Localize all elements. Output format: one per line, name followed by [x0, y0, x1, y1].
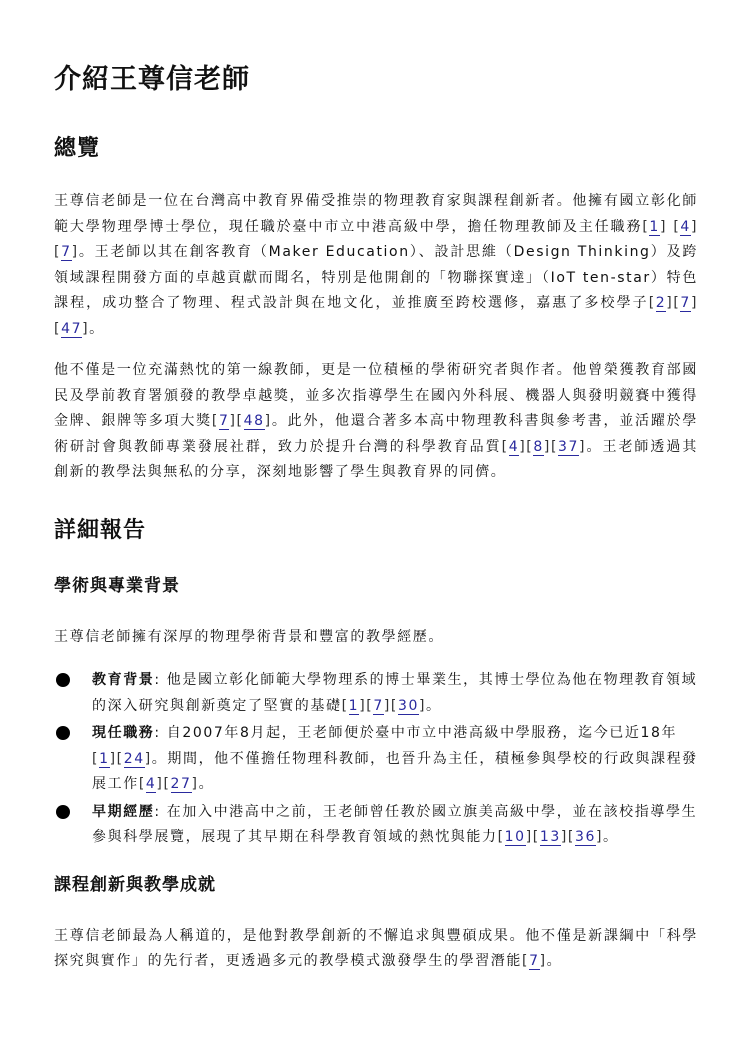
- citation-link[interactable]: 1: [349, 698, 360, 715]
- citation-link[interactable]: 8: [533, 439, 544, 456]
- list-item-current-position: 現任職務: 自2007年8月起，王老師便於臺中市立中港高級中學服務，迄今已近18…: [54, 721, 698, 798]
- citation-link[interactable]: 7: [219, 413, 230, 430]
- citation-link[interactable]: 24: [124, 751, 145, 768]
- citation-link[interactable]: 7: [61, 244, 72, 261]
- list-item-text: : 在加入中港高中之前，王老師曾任教於國立旗美高級中學，並在該校指導學生參與科學…: [92, 804, 697, 847]
- background-heading: 學術與專業背景: [54, 574, 698, 598]
- citation-link[interactable]: 27: [171, 776, 192, 793]
- citation-link[interactable]: 13: [540, 829, 561, 846]
- citation-link[interactable]: 2: [656, 295, 667, 312]
- citation-link[interactable]: 10: [505, 829, 526, 846]
- overview-paragraph-2: 他不僅是一位充滿熱忱的第一線教師，更是一位積極的學術研究者與作者。他曾榮獲教育部…: [54, 358, 698, 486]
- citation-link[interactable]: 7: [529, 953, 540, 970]
- background-intro: 王尊信老師擁有深厚的物理學術背景和豐富的教學經歷。: [54, 625, 698, 651]
- citation-link[interactable]: 4: [680, 219, 691, 236]
- list-item-label: 教育背景: [92, 672, 154, 688]
- innovation-paragraph: 王尊信老師最為人稱道的，是他對教學創新的不懈追求與豐碩成果。他不僅是新課綱中「科…: [54, 924, 698, 975]
- citation-link[interactable]: 36: [575, 829, 596, 846]
- citation-link[interactable]: 1: [649, 219, 660, 236]
- list-item-early-experience: 早期經歷: 在加入中港高中之前，王老師曾任教於國立旗美高級中學，並在該校指導學生…: [54, 800, 698, 851]
- list-item-education: 教育背景: 他是國立彰化師範大學物理系的博士畢業生，其博士學位為他在物理教育領域…: [54, 668, 698, 719]
- overview-heading: 總覽: [54, 134, 698, 164]
- list-item-label: 現任職務: [92, 725, 154, 741]
- background-list: 教育背景: 他是國立彰化師範大學物理系的博士畢業生，其博士學位為他在物理教育領域…: [54, 668, 698, 851]
- innovation-heading: 課程創新與教學成就: [54, 873, 698, 897]
- citation-link[interactable]: 1: [99, 751, 110, 768]
- citation-link[interactable]: 48: [244, 413, 265, 430]
- citation-link[interactable]: 7: [373, 698, 384, 715]
- citation-link[interactable]: 30: [398, 698, 419, 715]
- bullet-icon: [56, 805, 70, 819]
- overview-paragraph-1: 王尊信老師是一位在台灣高中教育界備受推崇的物理教育家與課程創新者。他擁有國立彰化…: [54, 189, 698, 342]
- list-item-text: : 他是國立彰化師範大學物理系的博士畢業生，其博士學位為他在物理教育領域的深入研…: [92, 672, 697, 715]
- bullet-icon: [56, 726, 70, 740]
- citation-link[interactable]: 7: [680, 295, 691, 312]
- bullet-icon: [56, 673, 70, 687]
- detail-heading: 詳細報告: [54, 516, 698, 546]
- document-page: 介紹王尊信老師 總覽 王尊信老師是一位在台灣高中教育界備受推崇的物理教育家與課程…: [0, 0, 740, 975]
- list-item-label: 早期經歷: [92, 804, 154, 820]
- citation-link[interactable]: 47: [61, 321, 82, 338]
- list-item-text: : 自2007年8月起，王老師便於臺中市立中港高級中學服務，迄今已近18年[1]…: [92, 725, 698, 793]
- citation-link[interactable]: 4: [146, 776, 157, 793]
- citation-link[interactable]: 37: [558, 439, 579, 456]
- page-title: 介紹王尊信老師: [54, 0, 698, 98]
- citation-link[interactable]: 4: [509, 439, 520, 456]
